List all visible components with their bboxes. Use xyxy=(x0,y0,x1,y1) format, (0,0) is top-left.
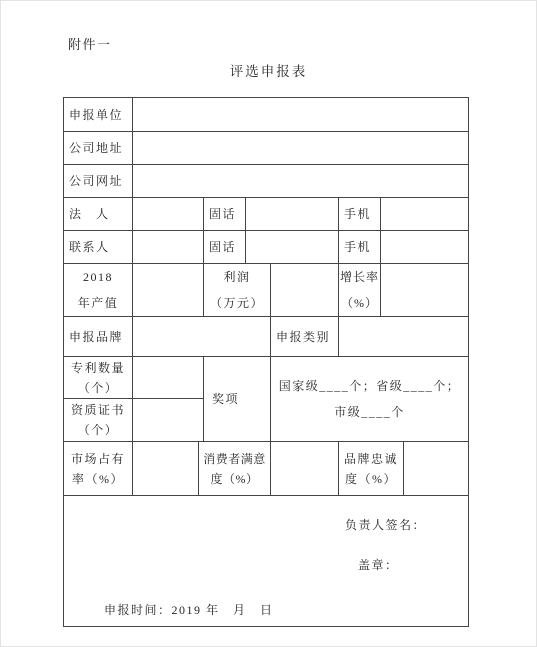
contact-person-value-cell xyxy=(133,231,204,264)
legal-landline-value-cell xyxy=(246,198,339,231)
profit-value-cell xyxy=(271,264,339,317)
table-row: 2018 年产值 利润 （万元） 增长率 （%） xyxy=(64,264,469,317)
table-row: 法 人 固话 手机 xyxy=(64,198,469,231)
annual-output-label: 2018 年产值 xyxy=(64,264,133,317)
page-title: 评选申报表 xyxy=(0,60,537,80)
patents-label: 专利数量 （个） xyxy=(64,357,133,399)
certificates-value-cell xyxy=(133,399,204,442)
legal-person-value-cell xyxy=(133,198,204,231)
footer-cell: 负责人签名： 盖章： 申报时间：2019 年 月 日 xyxy=(64,496,469,627)
contact-mobile-label: 手机 xyxy=(339,231,381,264)
awards-content-cell: 国家级____个；省级____个； 市级____个 xyxy=(271,357,469,442)
contact-landline-label: 固话 xyxy=(204,231,246,264)
document-page: 附件一 评选申报表 申报单位 公司地址 公司网址 法 人 固话 手机 xyxy=(0,0,537,647)
contact-mobile-value-cell xyxy=(381,231,469,264)
legal-landline-label: 固话 xyxy=(204,198,246,231)
contact-person-label: 联系人 xyxy=(64,231,133,264)
growth-rate-label: 增长率 （%） xyxy=(339,264,381,317)
loyalty-value-cell xyxy=(404,442,469,496)
table-row: 专利数量 （个） 奖项 国家级____个；省级____个； 市级____个 xyxy=(64,357,469,399)
loyalty-label: 品牌忠诚 度（%） xyxy=(339,442,404,496)
brand-label: 申报品牌 xyxy=(64,317,133,357)
legal-mobile-value-cell xyxy=(381,198,469,231)
table-row: 公司地址 xyxy=(64,132,469,165)
growth-rate-value-cell xyxy=(381,264,469,317)
category-label: 申报类别 xyxy=(271,317,339,357)
application-date-line: 申报时间：2019 年 月 日 xyxy=(104,600,274,620)
company-address-value-cell xyxy=(133,132,469,165)
seal-label: 盖章： xyxy=(358,555,399,575)
certificates-label: 资质证书 （个） xyxy=(64,399,133,442)
contact-landline-value-cell xyxy=(246,231,339,264)
awards-label: 奖项 xyxy=(204,357,271,442)
market-share-value-cell xyxy=(133,442,199,496)
brand-value-cell xyxy=(133,317,271,357)
profit-label: 利润 （万元） xyxy=(204,264,271,317)
table-row: 市场占有 率（%） 消费者满意 度（%） 品牌忠诚 度（%） xyxy=(64,442,469,496)
legal-person-label: 法 人 xyxy=(64,198,133,231)
annual-output-value-cell xyxy=(133,264,204,317)
table-row: 公司网址 xyxy=(64,165,469,198)
market-share-label: 市场占有 率（%） xyxy=(64,442,133,496)
table-row: 申报品牌 申报类别 xyxy=(64,317,469,357)
patents-value-cell xyxy=(133,357,204,399)
category-value-cell xyxy=(339,317,469,357)
table-row: 负责人签名： 盖章： 申报时间：2019 年 月 日 xyxy=(64,496,469,627)
legal-mobile-label: 手机 xyxy=(339,198,381,231)
company-website-label: 公司网址 xyxy=(64,165,133,198)
attachment-label: 附件一 xyxy=(68,34,112,53)
declaring-unit-value-cell xyxy=(133,98,469,132)
application-form-table: 申报单位 公司地址 公司网址 法 人 固话 手机 联系人 固话 手机 xyxy=(63,97,469,627)
signature-label: 负责人签名： xyxy=(345,515,426,535)
company-website-value-cell xyxy=(133,165,469,198)
satisfaction-value-cell xyxy=(271,442,339,496)
table-row: 申报单位 xyxy=(64,98,469,132)
declaring-unit-label: 申报单位 xyxy=(64,98,133,132)
satisfaction-label: 消费者满意 度（%） xyxy=(199,442,271,496)
company-address-label: 公司地址 xyxy=(64,132,133,165)
table-row: 联系人 固话 手机 xyxy=(64,231,469,264)
